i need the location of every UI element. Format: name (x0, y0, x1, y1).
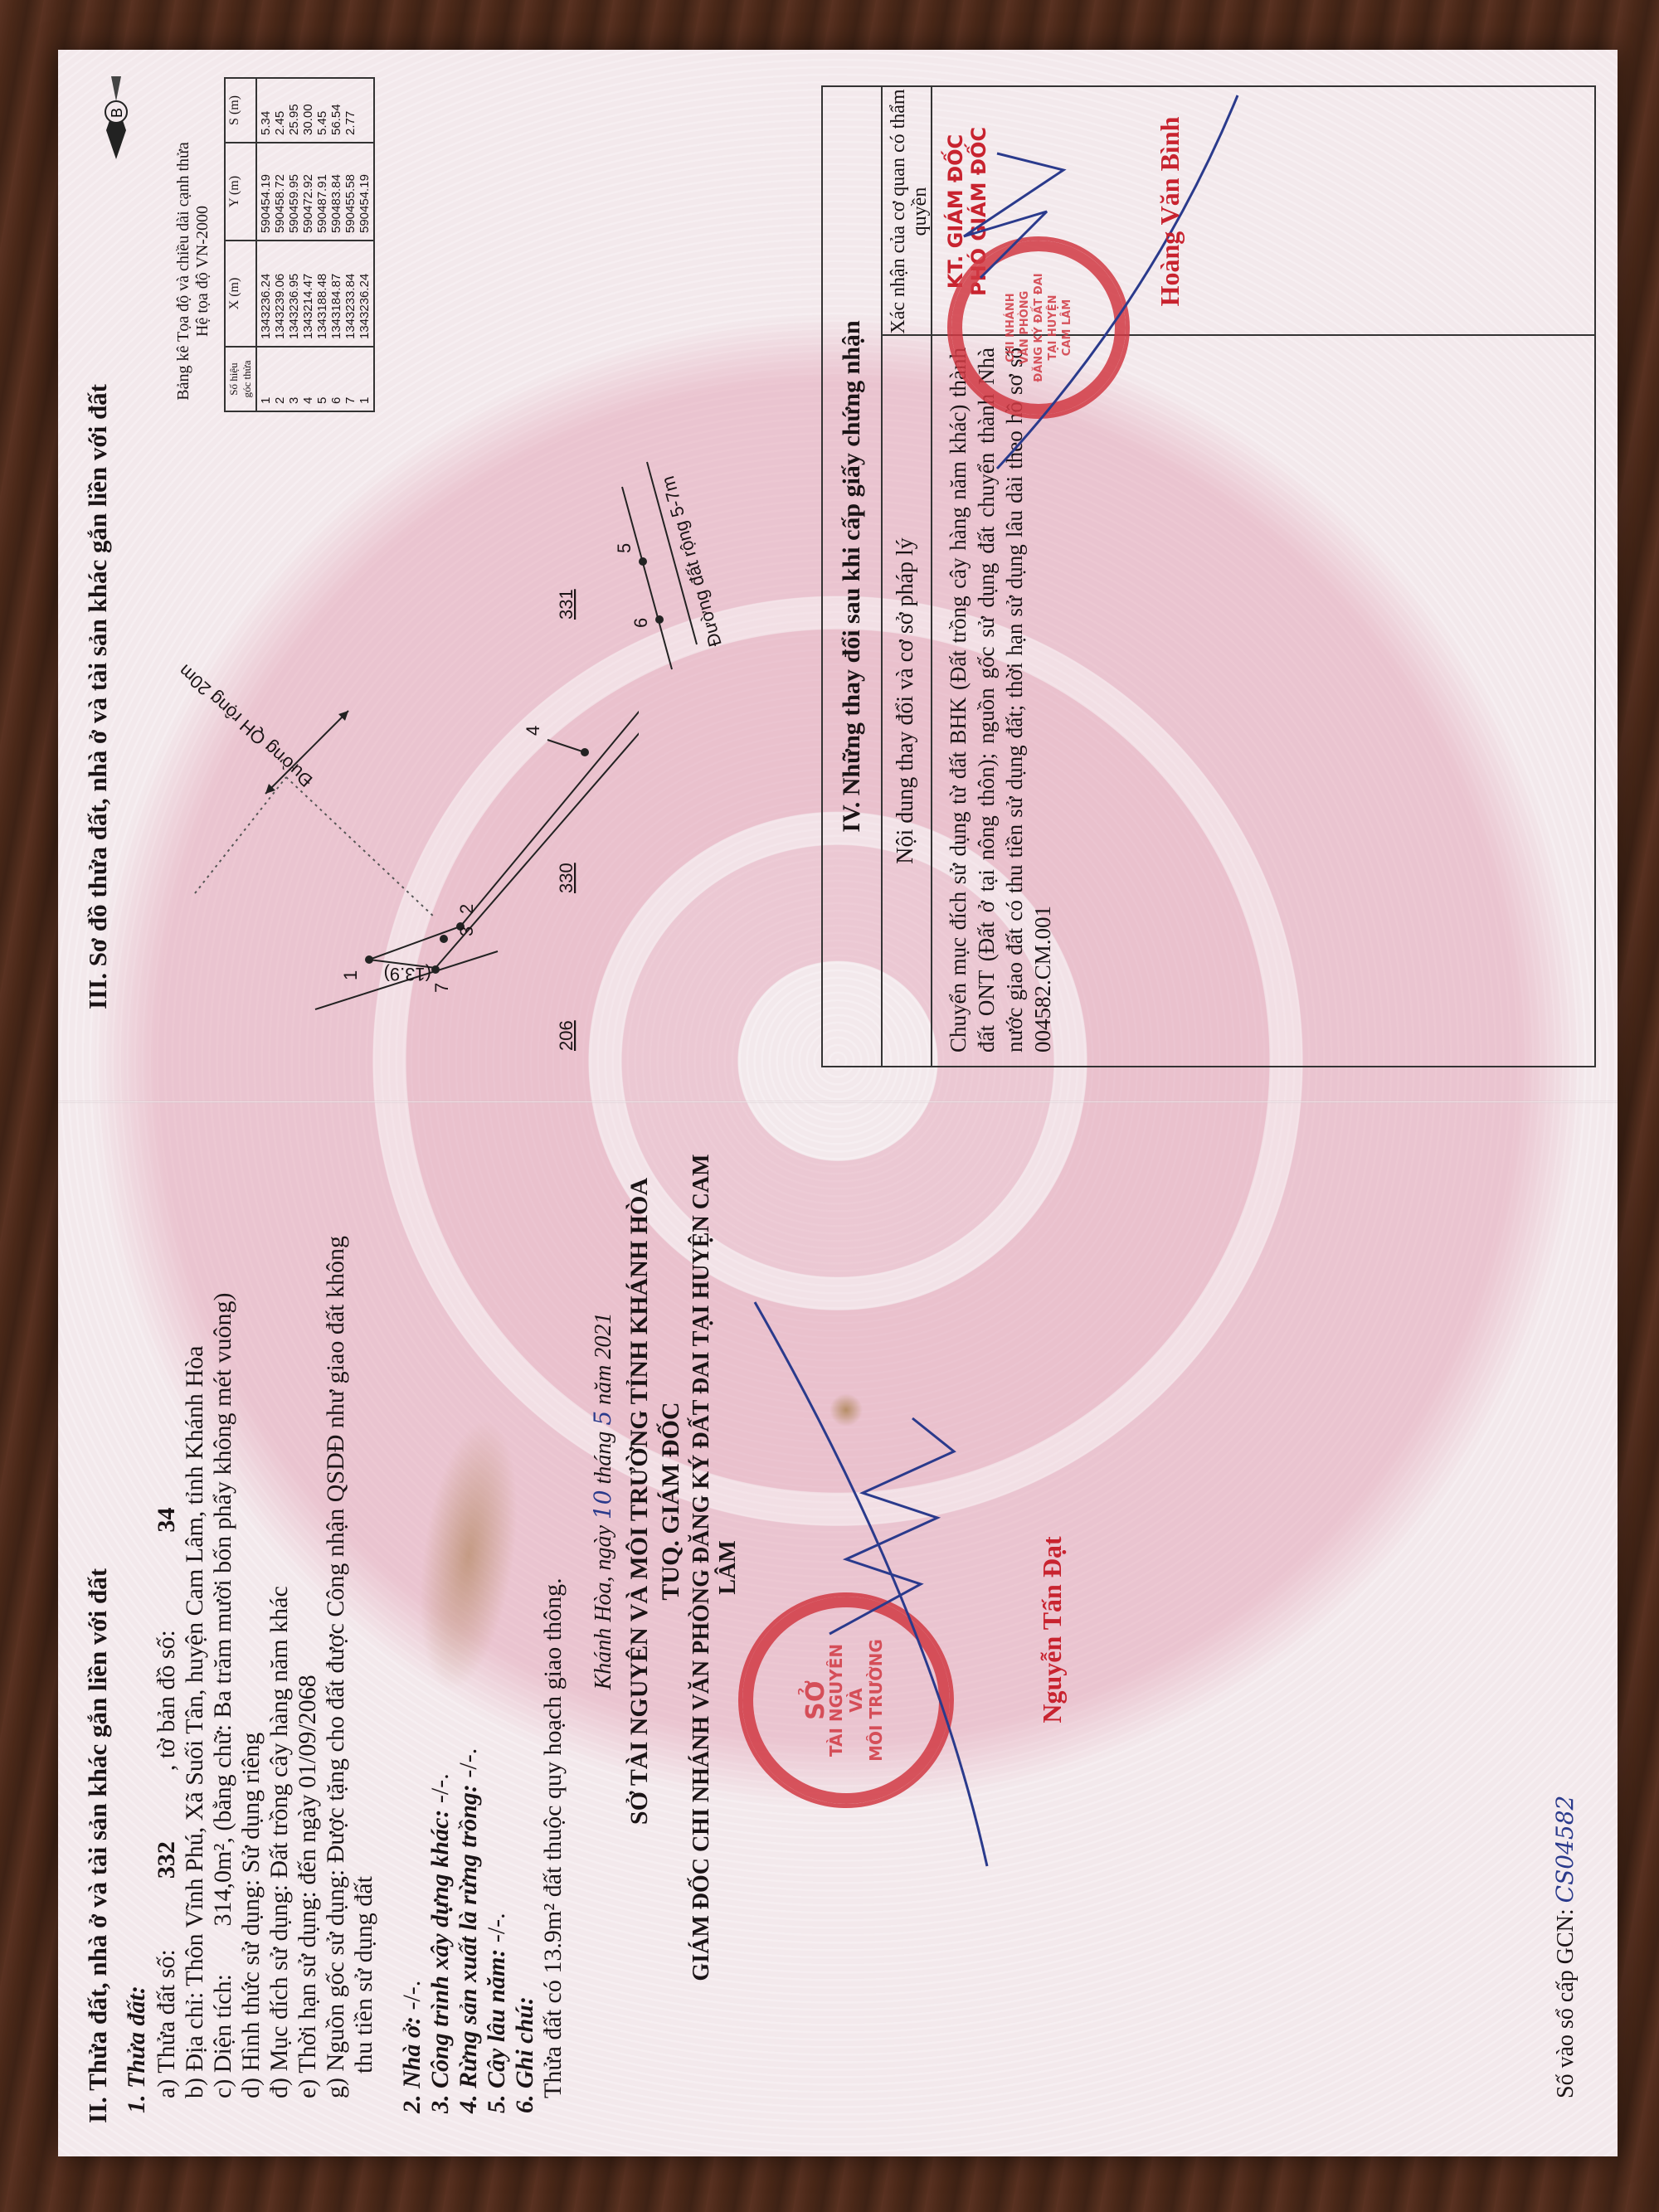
coord-cell: 1343236.95 (287, 248, 301, 339)
coord-cell: 4 (301, 354, 315, 404)
address-label: b) Địa chỉ: (181, 1992, 208, 2098)
col-header-x: X (m) (225, 241, 256, 347)
svg-text:2: 2 (456, 904, 477, 914)
confirm-signature (931, 87, 1246, 485)
col-content-header: Nội dung thay đổi và cơ sở pháp lý (893, 336, 919, 1066)
coord-cell: 1343214.47 (301, 248, 315, 339)
notes-label: 6. Ghi chú: (511, 1996, 539, 2113)
svg-text:6: 6 (630, 618, 651, 628)
land-certificate-spread: II. Thửa đất, nhà ở và tài sản khác gắn … (58, 50, 1618, 2156)
coord-cell: 1 (259, 354, 273, 404)
coord-table-body: 123456711343236.241343239.061343236.9513… (256, 78, 374, 411)
section-iv-title: IV. Những thay đổi sau khi cấp giấy chứn… (838, 87, 866, 1066)
svg-text:B: B (109, 108, 125, 118)
origin-value: Được tặng cho đất được Công nhận QSDĐ nh… (322, 1236, 349, 1863)
coord-column-s: 5.342.4525.9530.005.4556.542.77 (256, 78, 374, 143)
perennial-value: -/-. (483, 1913, 510, 1942)
perennial-label: 5. Cây lâu năm: (483, 1949, 510, 2113)
coord-cell: 590483.84 (329, 150, 343, 233)
col-header-point: Số hiệu góc thửa (225, 347, 256, 411)
coord-table-caption: Bảng kê Tọa độ và chiều dài cạnh thửa Hệ… (174, 72, 212, 470)
registry-number: CS04582 (1551, 1796, 1579, 1903)
svg-text:1: 1 (340, 970, 361, 980)
coord-cell: 590472.92 (301, 150, 315, 233)
term-row: e) Thời hạn sử dụng: đến ngày 01/09/2068 (294, 1675, 322, 2098)
coord-cell: 1343233.84 (343, 248, 358, 339)
handwritten-signature (705, 1286, 1020, 1883)
use-form-label: d) Hình thức sử dụng: (237, 1879, 265, 2098)
north-arrow-icon: B (91, 72, 141, 163)
house-row: 2. Nhà ở: -/-. (398, 1981, 426, 2113)
planning-area: (13.9) (384, 964, 431, 984)
col-confirm-header: Xác nhận của cơ quan có thẩm quyền (888, 87, 931, 336)
area-label: c) Diện tích: (209, 1932, 237, 2098)
parcel-no-label: a) Thửa đất số: (153, 1949, 180, 2098)
coord-cell: 6 (329, 354, 343, 404)
coord-cell: 590458.72 (273, 150, 287, 233)
coord-cell (358, 85, 372, 135)
issue-date: Khánh Hòa, ngày 10 tháng 5 năm 2021 (589, 1128, 617, 1874)
purpose-row: đ) Mục đích sử dụng: Đất trồng cây hàng … (265, 1586, 294, 2098)
date-month: 5 (589, 1411, 616, 1426)
svg-text:7: 7 (431, 983, 452, 993)
page-section-ii: II. Thửa đất, nhà ở và tài sản khác gắn … (58, 1103, 1618, 2156)
purpose-value: Đất trồng cây hàng năm khác (265, 1586, 293, 1878)
term-label: e) Thời hạn sử dụng: (294, 1891, 321, 2098)
construction-value: -/-. (426, 1773, 454, 1803)
origin-row: g) Nguồn gốc sử dụng: Được tặng cho đất … (322, 1236, 350, 2098)
house-value: -/-. (398, 1981, 426, 2010)
coordinate-table: Số hiệu góc thửa X (m) Y (m) S (m) 12345… (224, 77, 375, 412)
section-ii-title: II. Thửa đất, nhà ở và tài sản khác gắn … (83, 1568, 113, 2123)
area-row: c) Diện tích: 314,0m², (bằng chữ: Ba tră… (209, 1293, 237, 2098)
origin-label: g) Nguồn gốc sử dụng: (322, 1869, 349, 2098)
coord-cell: 3 (287, 354, 301, 404)
construction-label: 3. Công trình xây dựng khác: (426, 1810, 454, 2113)
parcel-number-row: a) Thửa đất số: 332 , tờ bản đồ số: 34 (153, 1508, 181, 2098)
forest-label: 4. Rừng sản xuất là rừng trồng: (455, 1784, 482, 2113)
use-form-value: Sử dụng riêng (237, 1733, 265, 1874)
date-day: 10 (589, 1490, 616, 1519)
coord-cell: 5.34 (259, 85, 273, 135)
origin-continued: thu tiền sử dụng đất (350, 1876, 378, 2073)
perennial-row: 5. Cây lâu năm: -/-. (483, 1913, 511, 2113)
neighbor-parcel-206: 206 (556, 1020, 577, 1051)
parcel-heading: 1. Thửa đất: (123, 1986, 151, 2113)
map-sheet-label: , tờ bản đồ số: (153, 1630, 180, 1771)
coord-cell: 25.95 (287, 85, 301, 135)
registry-label: Số vào sổ cấp GCN: (1553, 1908, 1579, 2098)
address-row: b) Địa chỉ: Thôn Vĩnh Phú, Xã Suối Tân, … (181, 1346, 209, 2098)
forest-value: -/-. (455, 1748, 482, 1778)
coord-cell: 1343236.24 (358, 248, 372, 339)
stain (405, 1413, 533, 1697)
coord-cell: 590454.19 (358, 150, 372, 233)
issuing-authority: SỞ TÀI NGUYÊN VÀ MÔI TRƯỜNG TỈNH KHÁNH H… (625, 1128, 654, 1874)
date-month-label: tháng (591, 1432, 616, 1485)
coord-cell: 5 (315, 354, 329, 404)
coord-column-id: 12345671 (256, 347, 374, 411)
coord-cell: 1343236.24 (259, 248, 273, 339)
notes-value: Thửa đất có 13.9m² đất thuộc quy hoạch g… (539, 1578, 567, 2098)
section-iv-changes-table: IV. Những thay đổi sau khi cấp giấy chứn… (821, 85, 1596, 1067)
coord-cell: 1343184.87 (329, 248, 343, 339)
coord-cell: 1 (358, 354, 372, 404)
svg-text:3: 3 (456, 926, 477, 936)
col-header-y: Y (m) (225, 143, 256, 241)
coord-column-y: 590454.19590458.72590459.95590472.925904… (256, 143, 374, 241)
coord-cell: 1343239.06 (273, 248, 287, 339)
coord-cell: 30.00 (301, 85, 315, 135)
coord-cell: 590455.58 (343, 150, 358, 233)
coord-cell: 1343188.48 (315, 248, 329, 339)
coord-cell: 56.54 (329, 85, 343, 135)
confirm-signer-name: Hoàng Văn Bình (1155, 87, 1185, 336)
forest-row: 4. Rừng sản xuất là rừng trồng: -/-. (455, 1748, 483, 2113)
term-value: đến ngày 01/09/2068 (294, 1675, 321, 1884)
on-behalf: TUQ. GIÁM ĐỐC (657, 1128, 685, 1874)
coord-cell: 2.45 (273, 85, 287, 135)
coord-cell: 5.45 (315, 85, 329, 135)
parcel-no: 332 (153, 1777, 181, 1943)
use-form-row: d) Hình thức sử dụng: Sử dụng riêng (237, 1733, 265, 2098)
purpose-label: đ) Mục đích sử dụng: (265, 1884, 293, 2098)
road-top-label: Đường QH rộng 20m (174, 660, 316, 791)
neighbor-parcel-330: 330 (556, 863, 577, 893)
parcel-diagram-lower: 6 5 Đường đất rộng 5-7m (523, 404, 871, 835)
page-section-iii-iv: III. Sơ đồ thửa đất, nhà ở và tài sản kh… (58, 50, 1618, 1101)
map-sheet-no: 34 (153, 1508, 181, 1624)
svg-text:5: 5 (614, 543, 635, 553)
address-value: Thôn Vĩnh Phú, Xã Suối Tân, huyện Cam Lâ… (181, 1346, 208, 1986)
coord-cell: 590487.91 (315, 150, 329, 233)
coord-cell: 2.77 (343, 85, 358, 135)
construction-row: 3. Công trình xây dựng khác: -/-. (426, 1773, 455, 2113)
col-header-s: S (m) (225, 78, 256, 143)
coord-cell: 590454.19 (259, 150, 273, 233)
house-label: 2. Nhà ở: (398, 2016, 426, 2113)
coord-column-x: 1343236.241343239.061343236.951343214.47… (256, 241, 374, 347)
signer-name: Nguyễn Tấn Đạt (1037, 1103, 1068, 2156)
date-prefix: Khánh Hòa, ngày (591, 1525, 616, 1689)
date-year: năm 2021 (591, 1313, 616, 1405)
coord-cell: 590459.95 (287, 150, 301, 233)
coord-cell: 7 (343, 354, 358, 404)
area-value: 314,0m², (bằng chữ: Ba trăm mười bốn phẩ… (209, 1293, 236, 1927)
coord-cell: 2 (273, 354, 287, 404)
registry-row: Số vào sổ cấp GCN: CS04582 (1551, 1796, 1579, 2098)
